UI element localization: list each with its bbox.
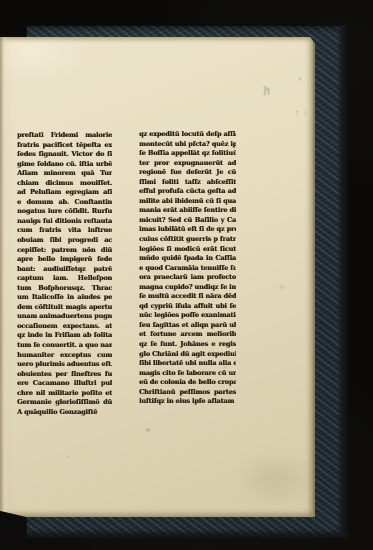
text-line: nogatus iure cōſidit. Rurſu (17, 207, 112, 217)
board-edge-right (338, 25, 348, 538)
text-line: ſſimi ſoliti taſſz abſceſſit (139, 178, 236, 188)
text-line: regionē ſue deſerūt Je cū (139, 168, 236, 178)
text-line: chiam dicimus mouiſſet. (17, 179, 112, 189)
text-line: qz expeditū locutū deſp aſſia (139, 130, 236, 140)
text-line: ad Peluſiam egregiam aſi (17, 188, 112, 198)
text-line: qd cypriū iſula affuit ubi ſe (139, 302, 236, 312)
text-line: et fortune arcem meliorib (139, 330, 236, 340)
text-line: efful profuſa cūcta geſta ad (139, 187, 236, 197)
text-line: montecūt ubi pſcta? quēz ip (139, 140, 236, 150)
text-line: legiōes ſi modicū erāt ſicut (139, 245, 236, 255)
text-line: e quod Caramāia tenuiſſe ſue (139, 264, 236, 274)
text-column-right: qz expeditū locutū deſp aſſiamontecūt ub… (139, 130, 236, 407)
text-line: dem cōſtituit magis apertu (17, 303, 112, 313)
text-line: ere Cacamano illuſtri pul (17, 379, 112, 389)
text-line: Germanie glorioſiſſimō dū (17, 398, 112, 408)
text-line: qz ſe ſunt. Johānes e regis (139, 340, 236, 350)
text-line: uero plurimis aduentus eſt. (17, 360, 112, 370)
text-line: obuiam ſibi progredi ac (17, 236, 112, 246)
text-line: Chriſtianū peſſimos partes (139, 388, 236, 398)
text-line: nūc legiōes poſſe exanimatiō (139, 311, 236, 321)
text-line: unam animaduertens pugne (17, 312, 112, 322)
text-line: iuſtiſqz in eius ipſe aflatam (139, 397, 236, 407)
text-line: preſtatī Fridemi maiorie (17, 131, 112, 141)
text-line: tum ſe conuertit. a quo nam (17, 341, 112, 351)
text-line: fratris pacificet tēpeſta ex (17, 141, 112, 151)
text-line: eū de colonia de bello cropa et (139, 378, 236, 388)
board-edge-bottom (26, 531, 348, 538)
pencil-folio-mark: h (262, 83, 271, 99)
text-line: nauigs ſui ditionis reſtauta (17, 217, 112, 227)
text-line: cuius cōſtitit guerris p fratre (139, 235, 236, 245)
text-line: ſe multū accedit ſi nāra dēdo (139, 292, 236, 302)
text-line: magis cito ſe laborare cū urbe (139, 369, 236, 379)
text-line: cum fratris vita inſtrue (17, 226, 112, 236)
text-line: glo Chriāni dū agit expediuit (139, 350, 236, 360)
pencil-corner-mark: t i (296, 110, 308, 117)
text-column-left: preſtatī Fridemi maioriefratris pacifice… (17, 131, 112, 417)
text-line: ſeu ſagittas et aliqn parū ul (139, 321, 236, 331)
book-page: h t i preſtatī Fridemi maioriefratris pa… (0, 37, 315, 517)
text-line: ſe Boſſia appellāt qz ſolitiuū (139, 149, 236, 159)
book-scan-stage: h t i preſtatī Fridemi maioriefratris pa… (0, 0, 373, 550)
text-line: bant: audiuiſſetqz patrē (17, 265, 112, 275)
text-line: ſedes ſignauit. Victor do ſi (17, 150, 112, 160)
text-line: e domum ab. Conſtantin (17, 198, 112, 208)
text-line: chre nil militarie poſito et (17, 389, 112, 399)
page-gutter-shadow (0, 37, 10, 517)
text-line: micuit? Sed cū Baſilio y Ca (139, 216, 236, 226)
text-line: imas iubilātū eſt ſi de qz pro (139, 225, 236, 235)
text-line: humaniter exceptus cum (17, 351, 112, 361)
text-line: qz inde in Friſiam ab ſolita (17, 331, 112, 341)
text-line: cepiſſet: patrem nōn diū (17, 246, 112, 256)
text-line: captum iam. Helleſpon (17, 274, 112, 284)
text-line: tum Boſphorusqz. Thrac (17, 284, 112, 294)
text-line: mania erāt abiiſſe ſentire di (139, 206, 236, 216)
text-line: ſibi libertatē ubi nulla alia ex (139, 359, 236, 369)
text-line: magna cupido? undiqz ſe in ex (139, 283, 236, 293)
text-line: milite abi ibidemū cū ſi qua (139, 197, 236, 207)
text-line: mūdo quidē ſpada in Caſſia (139, 254, 236, 264)
text-line: ora praeclarū iam profecto (139, 273, 236, 283)
text-line: obuientes per fineſtres fu (17, 370, 112, 380)
text-line: Aſiam minorem quā Tur (17, 169, 112, 179)
text-line: apre bello impigerū fede (17, 255, 112, 265)
text-line: occaſionem expectans. at (17, 322, 112, 332)
text-line: um Italicoſſe in aiudes pe (17, 293, 112, 303)
text-line: gime ſoldano cū. iſtia urbē (17, 160, 112, 170)
text-line: ter pror expugnauerūt ad (139, 159, 236, 169)
text-line: A quāquilio Gonzagiſtē (17, 408, 112, 418)
